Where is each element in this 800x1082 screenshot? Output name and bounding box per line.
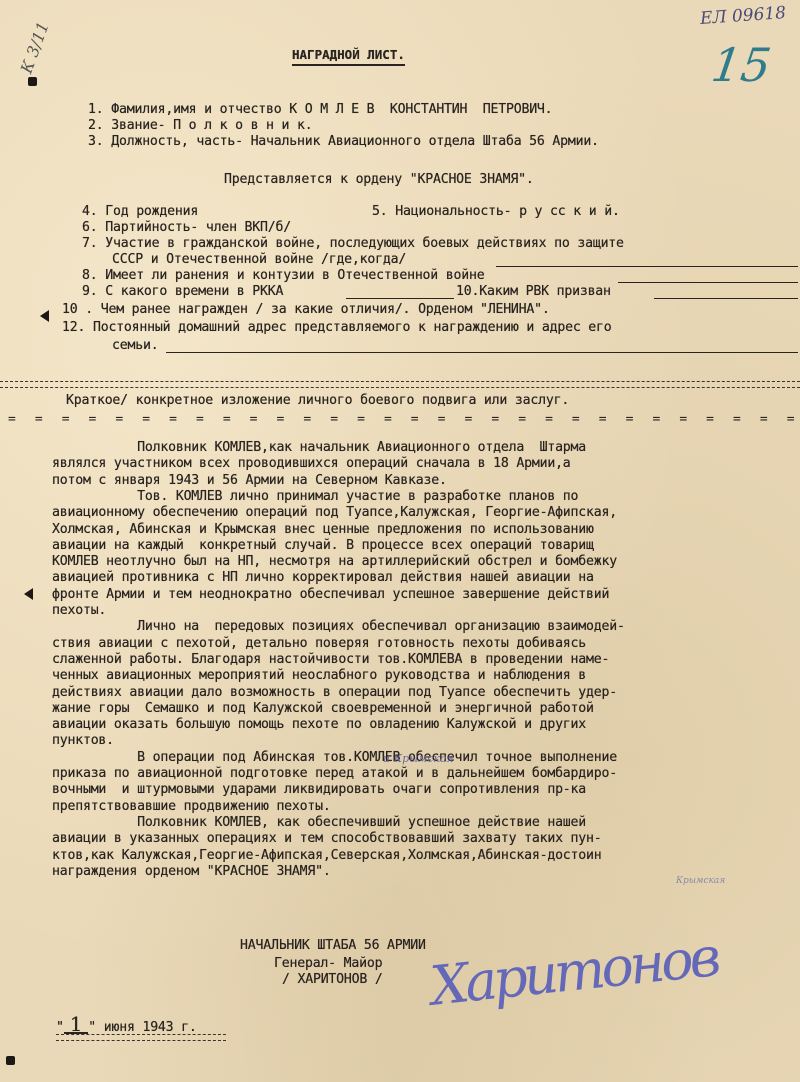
field-6: 6. Партийность- член ВКП/б/: [82, 220, 291, 236]
signature-handwritten: Харитонов: [427, 925, 719, 1018]
date-quote: ": [56, 1020, 64, 1035]
citation-line: потом с января 1943 и 56 Армии на Северн…: [52, 473, 447, 489]
field-num: 10 .: [62, 302, 93, 317]
date-rest: " июня 1943 г.: [88, 1020, 196, 1035]
field-label: Год рождения: [105, 204, 198, 219]
hole-punch-mark: [28, 77, 37, 86]
double-dash-rule: [0, 381, 800, 388]
field-label: Участие в гражданской войне, последующих…: [105, 236, 624, 251]
field-label: Национальность-: [395, 204, 511, 219]
citation-line: Полковник КОМЛЕВ,как начальник Авиационн…: [52, 440, 586, 456]
citation-line: Холмская, Абинская и Крымская внес ценны…: [52, 522, 594, 538]
citation-line: авиацией противника с НП лично корректир…: [52, 570, 594, 586]
citation-line: авиационному обеспечению операций под Ту…: [52, 505, 617, 521]
field-value: К О М Л Е В КОНСТАНТИН ПЕТРОВИЧ.: [289, 102, 552, 117]
field-num: 4.: [82, 204, 97, 219]
field-12-cont: семьи.: [112, 338, 158, 354]
field-7-blank-line: [496, 266, 798, 267]
field-num: 2.: [88, 118, 103, 133]
insert-note-handwritten-2: Крымская: [676, 876, 725, 886]
citation-line: ченных авиационных мероприятий неослабно…: [52, 668, 586, 684]
field-9: 9. С какого времени в РККА: [82, 284, 283, 300]
field-label: Фамилия,имя и отчество: [111, 102, 281, 117]
citation-line: ктов,как Калужская,Георгие-Афипская,Севе…: [52, 848, 602, 864]
field-label: Звание-: [111, 118, 165, 133]
margin-note-handwritten: К 3/11: [17, 19, 53, 76]
field-num: 9.: [82, 284, 97, 299]
field-num: 10.: [456, 284, 479, 299]
field-4: 4. Год рождения: [82, 204, 198, 220]
citation-line: приказа по авиационной подготовке перед …: [52, 766, 617, 782]
citation-line: авиации на каждый конкретный случай. В п…: [52, 538, 594, 554]
date-double-rule: [56, 1034, 226, 1041]
field-value: член ВКП/б/: [206, 220, 291, 235]
signatory-rank: Генерал- Майор: [274, 956, 382, 972]
nomination-line: Представляется к ордену "КРАСНОЕ ЗНАМЯ".: [224, 172, 534, 188]
citation-line: Лично на передовых позициях обеспечивал …: [52, 619, 625, 635]
page-number-handwritten: 15: [708, 38, 774, 92]
signatory-position: НАЧАЛЬНИК ШТАБА 56 АРМИИ: [240, 938, 426, 954]
field-12: 12. Постоянный домашний адрес представля…: [62, 320, 612, 336]
field-2: 2. Звание- П о л к о в н и к.: [88, 118, 312, 134]
margin-arrow-mark: [24, 588, 33, 600]
field-value: Начальник Авиационного отдела Штаба 56 А…: [251, 134, 599, 149]
document-date: "1" июня 1943 г.: [56, 1016, 197, 1036]
field-10-blank-line: [654, 298, 798, 299]
field-label: Каким РВК призван: [479, 284, 611, 299]
citation-line: действиях авиации дало возможность в опе…: [52, 685, 617, 701]
citation-line: В операции под Абинская тов.КОМЛЕВ обесп…: [52, 750, 617, 766]
citation-line: Тов. КОМЛЕВ лично принимал участие в раз…: [52, 489, 578, 505]
field-8: 8. Имеет ли ранения и контузии в Отечест…: [82, 268, 484, 284]
field-11: 10 . Чем ранее награжден / за какие отли…: [62, 302, 550, 318]
citation-line: жание горы Семашко и под Калужской своев…: [52, 701, 594, 717]
citation-line: ствия авиации с пехотой, детально поверя…: [52, 636, 586, 652]
insert-note-handwritten: и Крымская: [383, 752, 454, 765]
field-10: 10.Каким РВК призван: [456, 284, 611, 300]
citation-line: Полковник КОМЛЕВ, как обеспечивший успеш…: [52, 815, 586, 831]
document-title: НАГРАДНОЙ ЛИСТ.: [292, 47, 405, 66]
field-num: 8.: [82, 268, 97, 283]
citation-line: слаженной работы. Благодаря настойчивост…: [52, 652, 609, 668]
field-value: р у сс к и й.: [519, 204, 620, 219]
field-num: 3.: [88, 134, 103, 149]
field-1: 1. Фамилия,имя и отчество К О М Л Е В КО…: [88, 102, 552, 118]
citation-line: КОМЛЕВ неотлучно был на НП, несмотря на …: [52, 554, 617, 570]
field-3: 3. Должность, часть- Начальник Авиационн…: [88, 134, 599, 150]
margin-arrow-mark: [40, 310, 49, 322]
signatory-name: / ХАРИТОНОВ /: [282, 972, 383, 988]
archive-number-handwritten: ЕЛ 09618: [699, 3, 786, 29]
citation-line: фронте Армии и тем неоднократно обеспечи…: [52, 587, 609, 603]
field-num: 1.: [88, 102, 103, 117]
field-num: 7.: [82, 236, 97, 251]
citation-line: награждения орденом "КРАСНОЕ ЗНАМЯ".: [52, 864, 331, 880]
citation-line: пехоты.: [52, 603, 106, 619]
date-day-handwritten: 1: [64, 1016, 89, 1034]
citation-line: авиации в указанных операциях и тем спос…: [52, 831, 602, 847]
field-label: Должность, часть-: [111, 134, 243, 149]
field-7-cont: СССР и Отечественной войне /где,когда/: [112, 252, 406, 268]
field-num: 6.: [82, 220, 97, 235]
citation-line: пунктов.: [52, 733, 114, 749]
field-num: 12.: [62, 320, 85, 335]
citation-line: препятствовавшие продвижению пехоты.: [52, 799, 331, 815]
field-value: П о л к о в н и к.: [173, 118, 312, 133]
field-9-blank-line: [346, 298, 454, 299]
hole-punch-mark: [6, 1056, 15, 1065]
award-sheet-page: ЕЛ 09618 15 К 3/11 НАГРАДНОЙ ЛИСТ. 1. Фа…: [0, 0, 800, 1082]
equals-rule: = = = = = = = = = = = = = = = = = = = = …: [8, 412, 800, 427]
summary-heading: Краткое/ конкретное изложение личного бо…: [66, 393, 569, 409]
citation-line: авиации оказать большую помощь пехоте по…: [52, 717, 586, 733]
field-label: Постоянный домашний адрес представляемог…: [93, 320, 612, 335]
field-label: Партийность-: [105, 220, 198, 235]
field-num: 5.: [372, 204, 387, 219]
field-label: С какого времени в РККА: [105, 284, 283, 299]
field-7: 7. Участие в гражданской войне, последую…: [82, 236, 624, 252]
field-12-blank-line: [166, 352, 798, 353]
citation-line: являлся участником всех проводившихся оп…: [52, 456, 571, 472]
field-8-blank-line: [618, 282, 798, 283]
field-value: Орденом "ЛЕНИНА".: [418, 302, 550, 317]
field-label: Чем ранее награжден / за какие отличия/.: [101, 302, 411, 317]
field-5: 5. Национальность- р у сс к и й.: [372, 204, 620, 220]
citation-line: вочными и штурмовыми ударами ликвидирова…: [52, 782, 586, 798]
field-label: Имеет ли ранения и контузии в Отечествен…: [105, 268, 484, 283]
